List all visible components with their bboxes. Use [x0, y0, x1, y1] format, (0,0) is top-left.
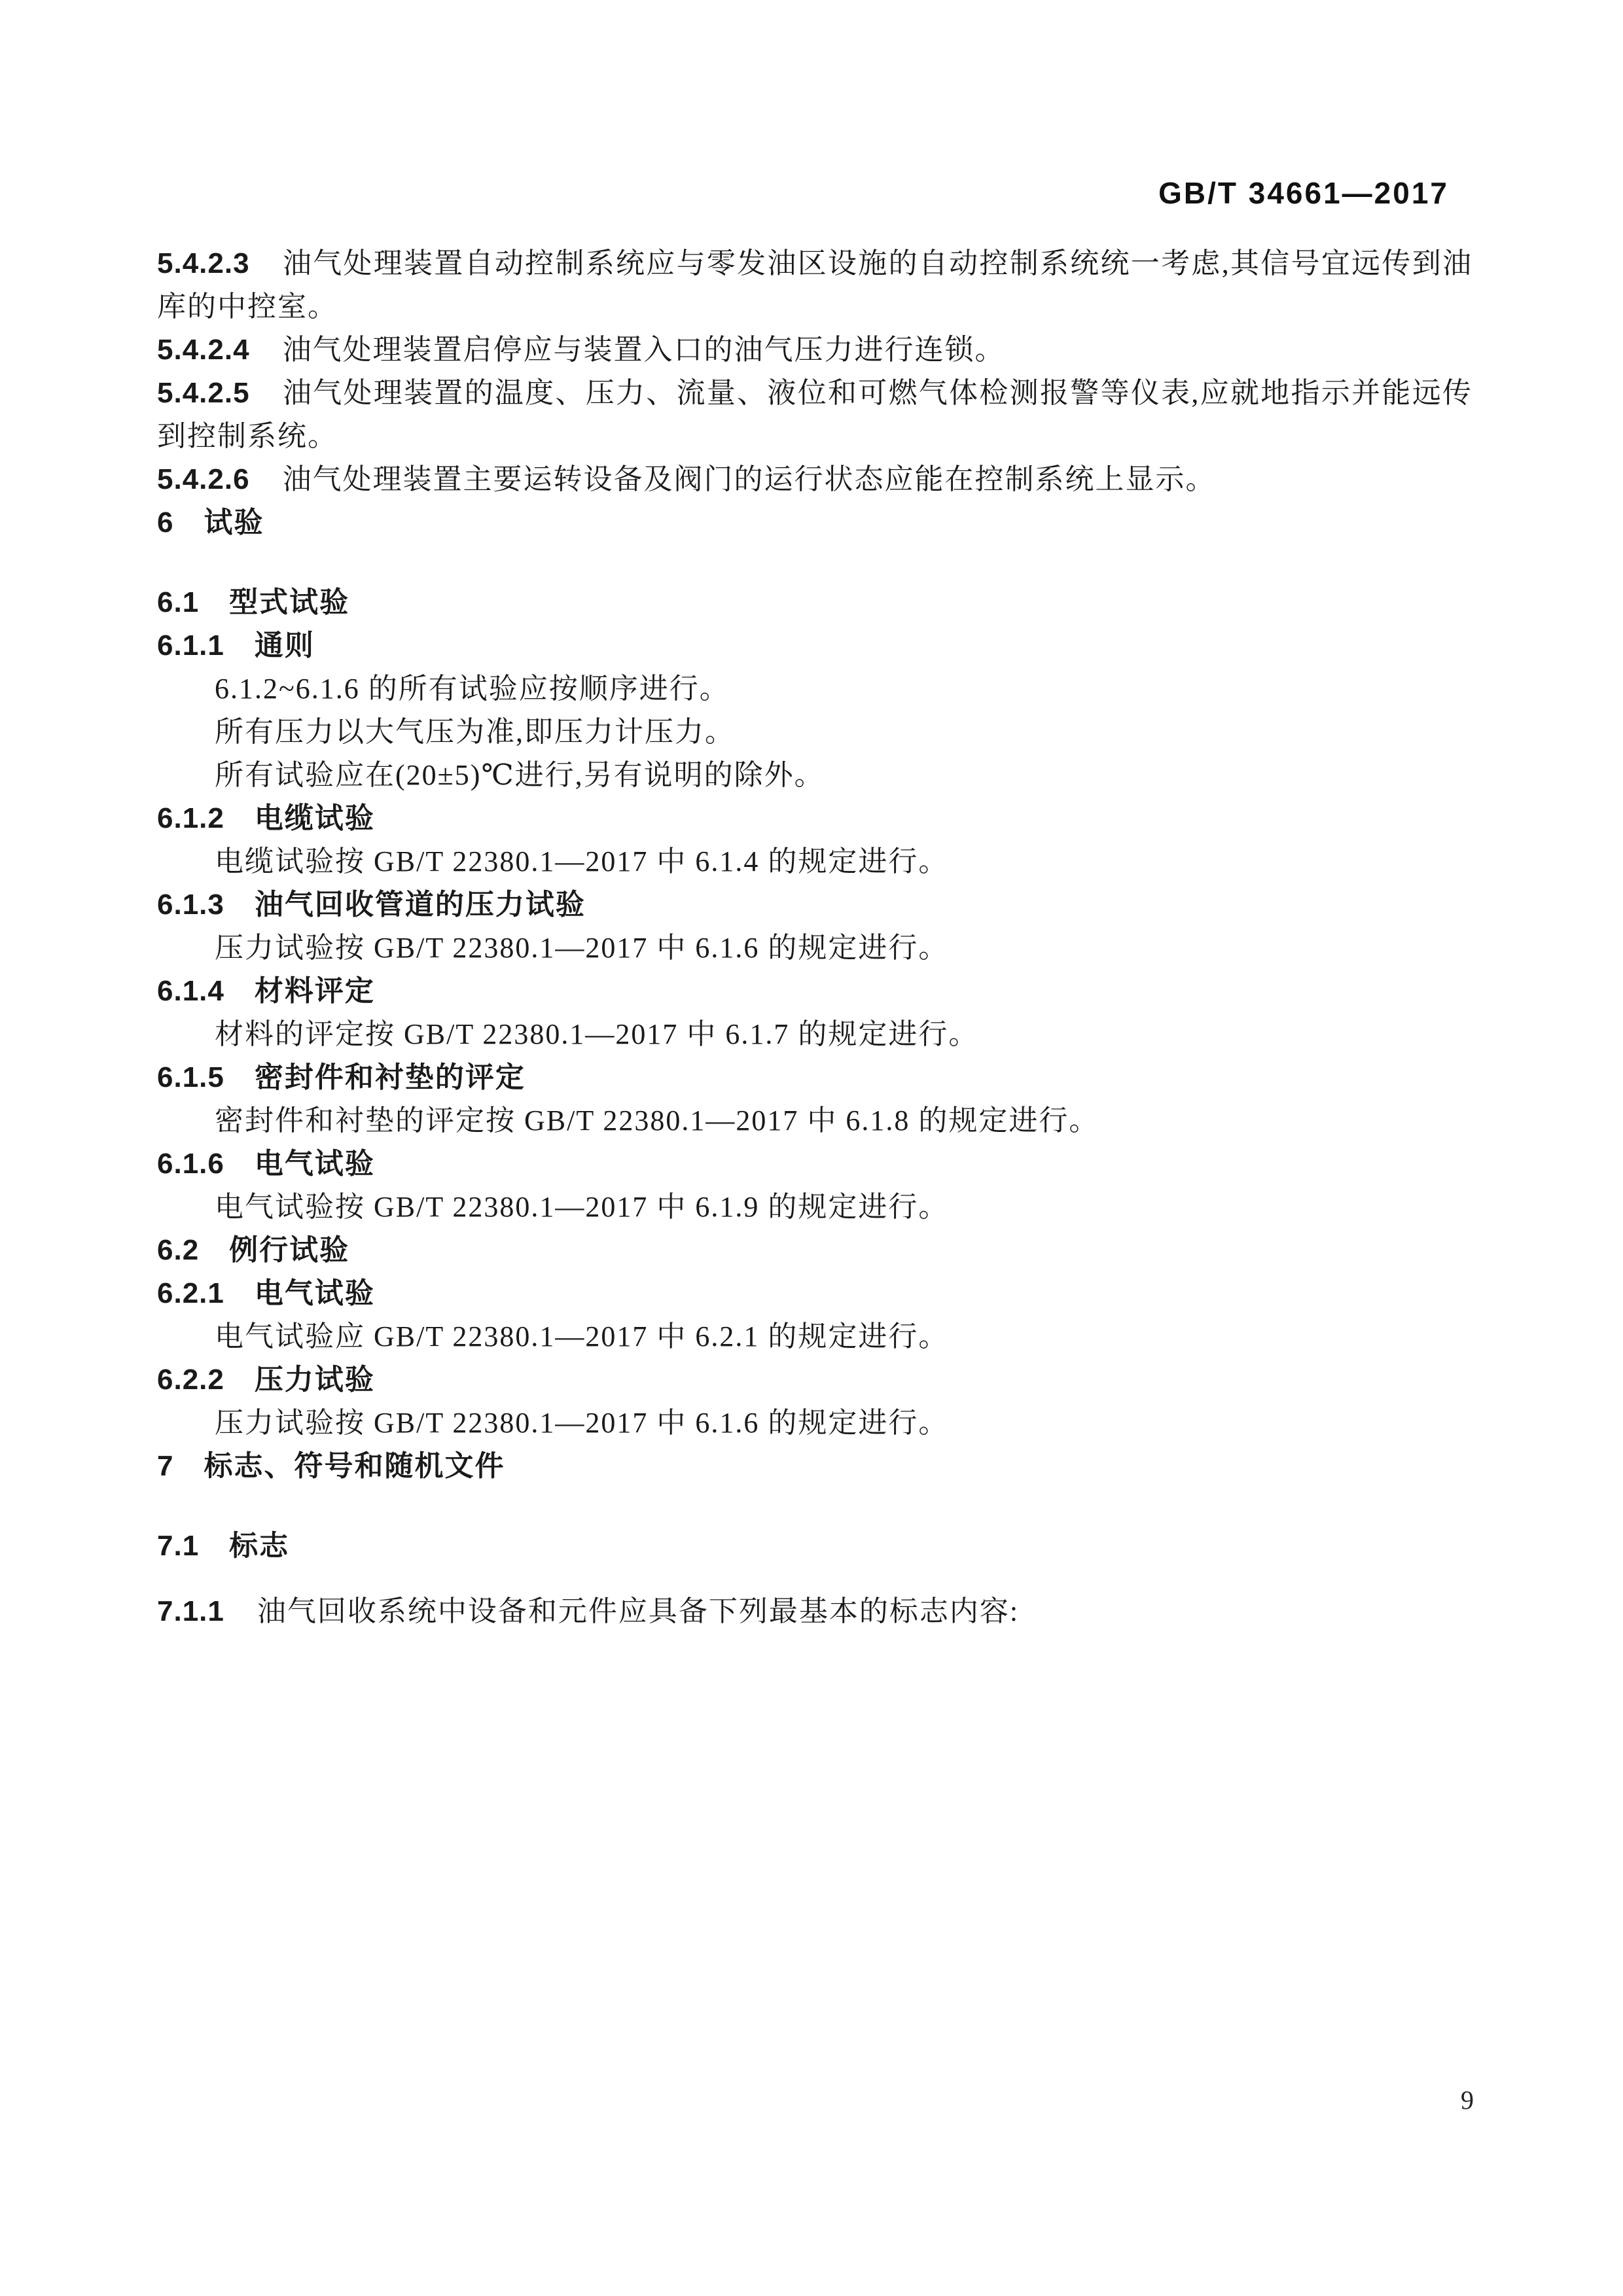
clause-number: 6.2.1: [157, 1277, 224, 1309]
standard-number-header: GB/T 34661—2017: [1158, 175, 1449, 211]
section-heading: 6试验: [157, 501, 1472, 544]
body-paragraph: 材料的评定按 GB/T 22380.1—2017 中 6.1.7 的规定进行。: [157, 1013, 1472, 1056]
clause-paragraph: 5.4.2.5油气处理装置的温度、压力、流量、液位和可燃气体检测报警等仪表,应就…: [157, 372, 1472, 458]
body-paragraph: 所有压力以大气压为准,即压力计压力。: [157, 711, 1472, 754]
paragraph-text: 密封件和衬垫的评定按 GB/T 22380.1—2017 中 6.1.8 的规定…: [215, 1104, 1099, 1137]
section-heading: 6.2.1电气试验: [157, 1272, 1472, 1315]
heading-title: 电缆试验: [255, 802, 375, 834]
body-paragraph: 压力试验按 GB/T 22380.1—2017 中 6.1.6 的规定进行。: [157, 1402, 1472, 1445]
document-content: 5.4.2.3油气处理装置自动控制系统应与零发油区设施的自动控制系统统一考虑,其…: [157, 242, 1472, 1633]
heading-title: 例行试验: [229, 1234, 349, 1266]
section-heading: 6.2例行试验: [157, 1229, 1472, 1272]
clause-number: 6.1.6: [157, 1148, 224, 1180]
section-heading: 7.1标志: [157, 1525, 1472, 1568]
section-heading: 6.1.3油气回收管道的压力试验: [157, 883, 1472, 927]
heading-title: 电气试验: [255, 1277, 375, 1309]
heading-title: 压力试验: [255, 1364, 375, 1396]
body-paragraph: 所有试验应在(20±5)℃进行,另有说明的除外。: [157, 754, 1472, 797]
document-page: GB/T 34661—2017 5.4.2.3油气处理装置自动控制系统应与零发油…: [0, 0, 1623, 2296]
clause-number: 6.1.2: [157, 802, 224, 834]
clause-text: 油气处理装置的温度、压力、流量、液位和可燃气体检测报警等仪表,应就地指示并能远传…: [157, 377, 1472, 452]
body-paragraph: 压力试验按 GB/T 22380.1—2017 中 6.1.6 的规定进行。: [157, 927, 1472, 970]
section-heading: 6.1.1通则: [157, 624, 1472, 667]
heading-title: 电气试验: [255, 1148, 375, 1180]
clause-number: 6.1.3: [157, 889, 224, 921]
body-paragraph: 电气试验应 GB/T 22380.1—2017 中 6.2.1 的规定进行。: [157, 1315, 1472, 1358]
clause-number: 7.1.1: [157, 1595, 224, 1627]
paragraph-text: 所有压力以大气压为准,即压力计压力。: [215, 716, 735, 748]
heading-title: 试验: [204, 506, 264, 539]
heading-title: 油气回收管道的压力试验: [255, 889, 586, 921]
clause-number: 6.1.1: [157, 629, 224, 662]
section-heading: 6.2.2压力试验: [157, 1358, 1472, 1402]
clause-number: 6.2: [157, 1234, 199, 1266]
clause-number: 6.1.5: [157, 1061, 224, 1093]
clause-paragraph: 7.1.1油气回收系统中设备和元件应具备下列最基本的标志内容:: [157, 1590, 1472, 1633]
paragraph-text: 电缆试验按 GB/T 22380.1—2017 中 6.1.4 的规定进行。: [215, 845, 948, 877]
clause-paragraph: 5.4.2.3油气处理装置自动控制系统应与零发油区设施的自动控制系统统一考虑,其…: [157, 242, 1472, 328]
section-heading: 6.1型式试验: [157, 581, 1472, 624]
clause-number: 7.1: [157, 1530, 199, 1562]
section-heading: 7标志、符号和随机文件: [157, 1445, 1472, 1488]
heading-title: 材料评定: [255, 975, 375, 1007]
clause-text: 油气处理装置主要运转设备及阀门的运行状态应能在控制系统上显示。: [283, 463, 1216, 495]
paragraph-text: 压力试验按 GB/T 22380.1—2017 中 6.1.6 的规定进行。: [215, 1407, 948, 1439]
heading-title: 标志: [229, 1530, 289, 1562]
paragraph-text: 压力试验按 GB/T 22380.1—2017 中 6.1.6 的规定进行。: [215, 932, 948, 964]
clause-number: 6: [157, 506, 173, 539]
clause-text: 油气处理装置自动控制系统应与零发油区设施的自动控制系统统一考虑,其信号宜远传到油…: [157, 247, 1472, 323]
section-heading: 6.1.4材料评定: [157, 970, 1472, 1013]
paragraph-text: 电气试验应 GB/T 22380.1—2017 中 6.2.1 的规定进行。: [215, 1320, 948, 1352]
clause-number: 5.4.2.3: [157, 247, 250, 279]
body-paragraph: 6.1.2~6.1.6 的所有试验应按顺序进行。: [157, 667, 1472, 711]
clause-number: 6.1.4: [157, 975, 224, 1007]
body-paragraph: 密封件和衬垫的评定按 GB/T 22380.1—2017 中 6.1.8 的规定…: [157, 1099, 1472, 1142]
clause-number: 6.1: [157, 586, 199, 618]
heading-title: 型式试验: [229, 586, 349, 618]
clause-text: 油气回收系统中设备和元件应具备下列最基本的标志内容:: [257, 1595, 1019, 1627]
clause-text: 油气处理装置启停应与装置入口的油气压力进行连锁。: [283, 334, 1005, 366]
clause-number: 7: [157, 1450, 173, 1482]
clause-number: 5.4.2.6: [157, 463, 250, 495]
paragraph-text: 材料的评定按 GB/T 22380.1—2017 中 6.1.7 的规定进行。: [215, 1018, 978, 1050]
page-number: 9: [1461, 2085, 1474, 2115]
paragraph-text: 6.1.2~6.1.6 的所有试验应按顺序进行。: [215, 673, 730, 705]
clause-paragraph: 5.4.2.4油气处理装置启停应与装置入口的油气压力进行连锁。: [157, 328, 1472, 372]
heading-title: 通则: [255, 629, 315, 662]
paragraph-text: 所有试验应在(20±5)℃进行,另有说明的除外。: [215, 759, 825, 791]
section-heading: 6.1.2电缆试验: [157, 797, 1472, 840]
clause-paragraph: 5.4.2.6油气处理装置主要运转设备及阀门的运行状态应能在控制系统上显示。: [157, 458, 1472, 501]
paragraph-text: 电气试验按 GB/T 22380.1—2017 中 6.1.9 的规定进行。: [215, 1191, 948, 1223]
body-paragraph: 电缆试验按 GB/T 22380.1—2017 中 6.1.4 的规定进行。: [157, 840, 1472, 883]
body-paragraph: 电气试验按 GB/T 22380.1—2017 中 6.1.9 的规定进行。: [157, 1186, 1472, 1229]
heading-title: 密封件和衬垫的评定: [255, 1061, 526, 1093]
section-heading: 6.1.6电气试验: [157, 1142, 1472, 1186]
heading-title: 标志、符号和随机文件: [204, 1450, 505, 1482]
section-heading: 6.1.5密封件和衬垫的评定: [157, 1056, 1472, 1099]
clause-number: 5.4.2.5: [157, 377, 250, 409]
clause-number: 6.2.2: [157, 1364, 224, 1396]
clause-number: 5.4.2.4: [157, 334, 250, 366]
